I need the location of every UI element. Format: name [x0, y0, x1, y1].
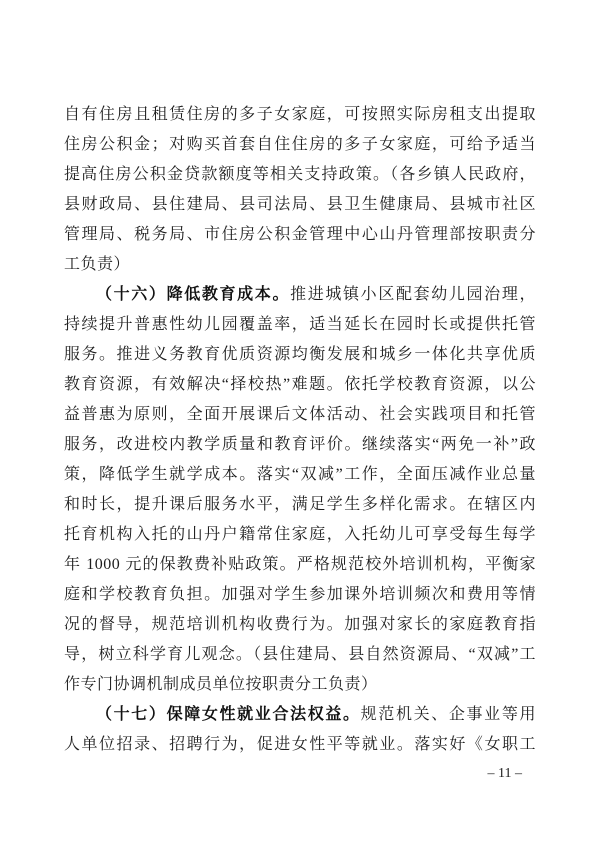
text-segment: 推进城镇小区配套幼儿园治理， — [290, 286, 536, 303]
text-segment: 年 1000 元的保教费补贴政策。严格规范校外培训机构，平衡家 — [64, 556, 536, 573]
text-line: （十六）降低教育成本。推进城镇小区配套幼儿园治理， — [64, 280, 536, 310]
text-segment: 策，降低学生就学成本。落实“双减”工作，全面压减作业总量 — [64, 466, 536, 483]
text-line: 庭和学校教育负担。加强对学生参加课外培训频次和费用等情 — [64, 580, 536, 610]
text-segment: 住房公积金；对购买首套自住住房的多子女家庭，可给予适当 — [64, 136, 536, 153]
text-segment: 和时长，提升课后服务水平，满足学生多样化需求。在辖区内 — [64, 496, 536, 513]
text-segment: 人单位招录、招聘行为，促进女性平等就业。落实好《女职工 — [64, 736, 536, 753]
text-line: 管理局、税务局、市住房公积金管理中心山丹管理部按职责分 — [64, 220, 536, 250]
text-line: 服务，改进校内教学质量和教育评价。继续落实“两免一补”政 — [64, 430, 536, 460]
text-line: 人单位招录、招聘行为，促进女性平等就业。落实好《女职工 — [64, 730, 536, 760]
text-line: 提高住房公积金贷款额度等相关支持政策。（各乡镇人民政府， — [64, 160, 536, 190]
page-footer: – 11 – — [64, 764, 522, 784]
text-line: 教育资源，有效解决“择校热”难题。依托学校教育资源，以公 — [64, 370, 536, 400]
text-segment: 县财政局、县住建局、县司法局、县卫生健康局、县城市社区 — [64, 196, 536, 213]
text-segment: 庭和学校教育负担。加强对学生参加课外培训频次和费用等情 — [64, 586, 536, 603]
text-line: 导，树立科学育儿观念。（县住建局、县自然资源局、“双减”工 — [64, 640, 536, 670]
page-background: { "page": { "background_color": "#ffffff… — [0, 0, 593, 841]
text-line: 托育机构入托的山丹户籍常住家庭，入托幼儿可享受每生每学 — [64, 520, 536, 550]
text-segment: 管理局、税务局、市住房公积金管理中心山丹管理部按职责分 — [64, 226, 536, 243]
text-line: 县财政局、县住建局、县司法局、县卫生健康局、县城市社区 — [64, 190, 536, 220]
text-line: 和时长，提升课后服务水平，满足学生多样化需求。在辖区内 — [64, 490, 536, 520]
text-segment: 工负责） — [64, 256, 130, 273]
text-line: 作专门协调机制成员单位按职责分工负责） — [64, 670, 536, 700]
text-line: 况的督导，规范培训机构收费行为。加强对家长的家庭教育指 — [64, 610, 536, 640]
text-segment: 提高住房公积金贷款额度等相关支持政策。（各乡镇人民政府， — [64, 166, 536, 183]
text-segment: 作专门协调机制成员单位按职责分工负责） — [64, 676, 378, 693]
text-line: （十七）保障女性就业合法权益。规范机关、企事业等用 — [64, 700, 536, 730]
paragraph-heading: （十六）降低教育成本。 — [96, 286, 290, 303]
text-line: 自有住房且租赁住房的多子女家庭，可按照实际房租支出提取 — [64, 100, 536, 130]
text-segment: 服务，改进校内教学质量和教育评价。继续落实“两免一补”政 — [64, 436, 536, 453]
document-page: 自有住房且租赁住房的多子女家庭，可按照实际房租支出提取住房公积金；对购买首套自住… — [0, 0, 593, 841]
text-line: 策，降低学生就学成本。落实“双减”工作，全面压减作业总量 — [64, 460, 536, 490]
text-line: 持续提升普惠性幼儿园覆盖率，适当延长在园时长或提供托管 — [64, 310, 536, 340]
text-segment: 托育机构入托的山丹户籍常住家庭，入托幼儿可享受每生每学 — [64, 526, 536, 543]
text-segment: 服务。推进义务教育优质资源均衡发展和城乡一体化共享优质 — [64, 346, 536, 363]
page-number: – 11 – — [488, 766, 522, 781]
text-segment: 持续提升普惠性幼儿园覆盖率，适当延长在园时长或提供托管 — [64, 316, 536, 333]
text-line: 工负责） — [64, 250, 536, 280]
text-line: 服务。推进义务教育优质资源均衡发展和城乡一体化共享优质 — [64, 340, 536, 370]
text-segment: 导，树立科学育儿观念。（县住建局、县自然资源局、“双减”工 — [64, 646, 536, 663]
paragraph-heading: （十七）保障女性就业合法权益。 — [96, 706, 361, 723]
text-segment: 自有住房且租赁住房的多子女家庭，可按照实际房租支出提取 — [64, 106, 536, 123]
text-line: 益普惠为原则，全面开展课后文体活动、社会实践项目和托管 — [64, 400, 536, 430]
document-body: 自有住房且租赁住房的多子女家庭，可按照实际房租支出提取住房公积金；对购买首套自住… — [64, 100, 536, 760]
text-segment: 益普惠为原则，全面开展课后文体活动、社会实践项目和托管 — [64, 406, 536, 423]
text-segment: 规范机关、企事业等用 — [361, 706, 536, 723]
text-segment: 教育资源，有效解决“择校热”难题。依托学校教育资源，以公 — [64, 376, 536, 393]
text-line: 年 1000 元的保教费补贴政策。严格规范校外培训机构，平衡家 — [64, 550, 536, 580]
text-segment: 况的督导，规范培训机构收费行为。加强对家长的家庭教育指 — [64, 616, 536, 633]
text-line: 住房公积金；对购买首套自住住房的多子女家庭，可给予适当 — [64, 130, 536, 160]
